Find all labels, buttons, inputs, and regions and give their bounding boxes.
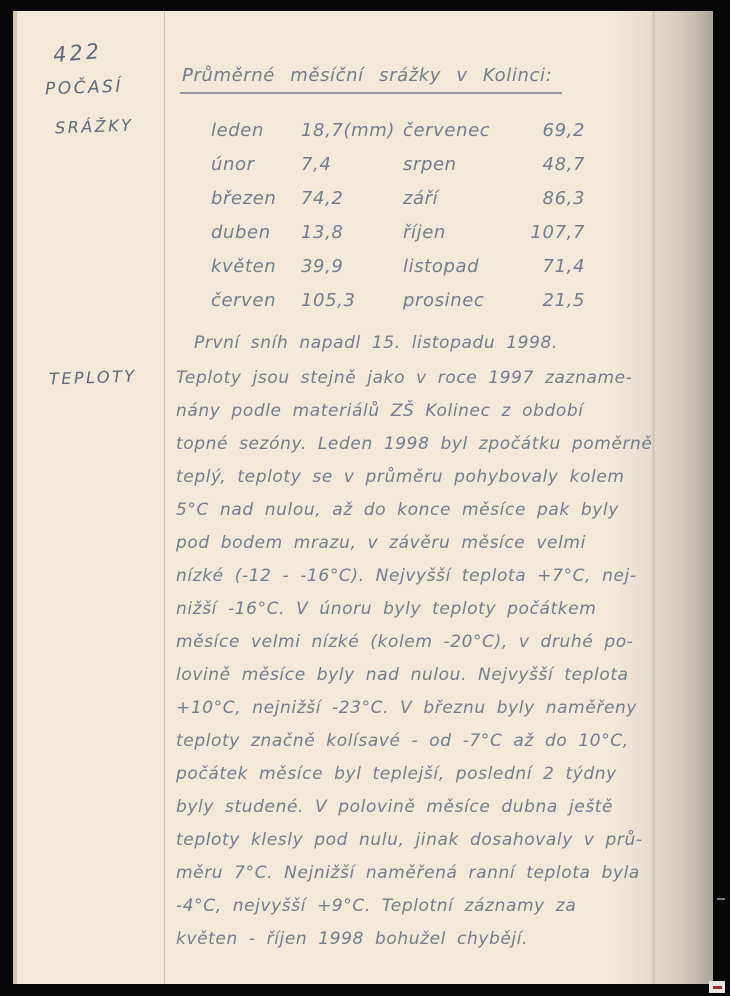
paragraph-line: teploty klesly pod nulu, jinak dosahoval… xyxy=(176,824,652,857)
month-cell: srpen xyxy=(403,154,519,175)
notebook-page: 422 POČASÍ SRÁŽKY TEPLOTY Průměrné měsíč… xyxy=(13,11,713,984)
paragraph-line: nízké (-12 - -16°C). Nejvyšší teplota +7… xyxy=(176,560,652,593)
value-cell: 86,3 xyxy=(519,188,585,209)
precipitation-row: březen 74,2 září 86,3 xyxy=(211,181,585,215)
precipitation-row: únor 7,4 srpen 48,7 xyxy=(211,147,585,181)
paragraph-line: +10°C, nejnižší -23°C. V březnu byly nam… xyxy=(176,692,652,725)
month-cell: prosinec xyxy=(403,290,519,311)
page-left-edge xyxy=(13,11,17,984)
value-cell: 39,9 xyxy=(301,256,403,277)
month-cell: červenec xyxy=(403,120,519,141)
paragraph-line: teploty značně kolísavé - od -7°C až do … xyxy=(176,725,652,758)
precipitation-row: červen 105,3 prosinec 21,5 xyxy=(211,283,585,317)
paragraph-line: lovině měsíce byly nad nulou. Nejvyšší t… xyxy=(176,659,652,692)
value-cell: 13,8 xyxy=(301,222,403,243)
paragraph-line: teplý, teploty se v průměru pohybovaly k… xyxy=(176,461,652,494)
snow-note: První sníh napadl 15. listopadu 1998. xyxy=(194,333,558,353)
paragraph-line: topné sezóny. Leden 1998 byl zpočátku po… xyxy=(176,428,652,461)
value-cell: 21,5 xyxy=(519,290,585,311)
value-cell: 74,2 xyxy=(301,188,403,209)
precipitation-title: Průměrné měsíční srážky v Kolinci: xyxy=(180,65,562,94)
value-cell: 107,7 xyxy=(519,222,585,243)
paragraph-line: měru 7°C. Nejnižší naměřená ranní teplot… xyxy=(176,857,652,890)
paragraph-line: byly studené. V polovině měsíce dubna je… xyxy=(176,791,652,824)
temperature-paragraph: Teploty jsou stejně jako v roce 1997 zaz… xyxy=(176,362,652,956)
scan-frame-notch xyxy=(43,0,56,7)
paragraph-line: květen - říjen 1998 bohužel chybějí. xyxy=(176,923,652,956)
paragraph-line: nány podle materiálů ZŠ Kolinec z období xyxy=(176,395,652,428)
precipitation-row: duben 13,8 říjen 107,7 xyxy=(211,215,585,249)
paragraph-line: nižší -16°C. V únoru byly teploty počátk… xyxy=(176,593,652,626)
month-cell: květen xyxy=(211,256,301,277)
page-number: 422 xyxy=(52,39,103,67)
month-cell: listopad xyxy=(403,256,519,277)
month-cell: říjen xyxy=(403,222,519,243)
corner-mark-red-dash xyxy=(713,986,722,989)
paragraph-line: Teploty jsou stejně jako v roce 1997 zaz… xyxy=(176,362,652,395)
precipitation-table: leden 18,7(mm) červenec 69,2 únor 7,4 sr… xyxy=(211,113,585,317)
margin-label-teploty: TEPLOTY xyxy=(49,366,137,388)
paragraph-line: měsíce velmi nízké (kolem -20°C), v druh… xyxy=(176,626,652,659)
margin-label-srazky: SRÁŽKY xyxy=(55,116,134,138)
paragraph-line: -4°C, nejvyšší +9°C. Teplotní záznamy za xyxy=(176,890,652,923)
paragraph-line: pod bodem mrazu, v závěru měsíce velmi xyxy=(176,527,652,560)
month-cell: březen xyxy=(211,188,301,209)
precipitation-row: květen 39,9 listopad 71,4 xyxy=(211,249,585,283)
paragraph-line: počátek měsíce byl teplejší, poslední 2 … xyxy=(176,758,652,791)
month-cell: duben xyxy=(211,222,301,243)
value-cell: 48,7 xyxy=(519,154,585,175)
value-cell: 69,2 xyxy=(519,120,585,141)
month-cell: únor xyxy=(211,154,301,175)
value-cell: 7,4 xyxy=(301,154,403,175)
precipitation-row: leden 18,7(mm) červenec 69,2 xyxy=(211,113,585,147)
margin-rule-line xyxy=(164,11,165,984)
value-cell: 71,4 xyxy=(519,256,585,277)
month-cell: červen xyxy=(211,290,301,311)
value-cell: 18,7(mm) xyxy=(301,120,403,141)
paragraph-line: 5°C nad nulou, až do konce měsíce pak by… xyxy=(176,494,652,527)
scan-border-speck xyxy=(717,898,725,900)
value-cell: 105,3 xyxy=(301,290,403,311)
month-cell: září xyxy=(403,188,519,209)
page-corner-mark xyxy=(709,981,725,993)
month-cell: leden xyxy=(211,120,301,141)
scanned-chronicle-page: { "page": { "number": "422", "margin_lab… xyxy=(0,0,730,996)
margin-label-pocasi: POČASÍ xyxy=(45,77,124,100)
